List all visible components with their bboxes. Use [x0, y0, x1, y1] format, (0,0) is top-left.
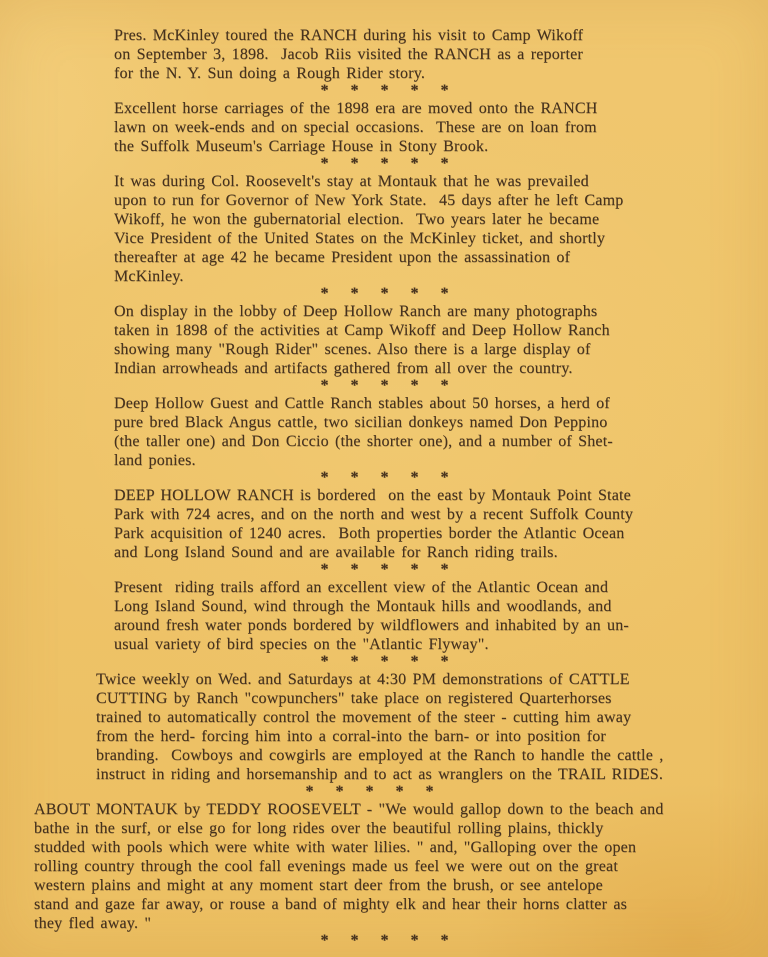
text-line: upon to run for Governor of New York Sta…: [114, 191, 768, 210]
text-line: showing many "Rough Rider" scenes. Also …: [114, 340, 768, 359]
text-line: Vice President of the United States on t…: [114, 229, 768, 248]
paragraph: Excellent horse carriages of the 1898 er…: [0, 99, 768, 156]
text-line: studded with pools which were white with…: [34, 838, 768, 857]
text-line: Twice weekly on Wed. and Saturdays at 4:…: [96, 670, 768, 689]
asterisk-separator: * * * * *: [60, 84, 710, 98]
text-line: from the herd- forcing him into a corral…: [96, 727, 768, 746]
text-line: stand and gaze far away, or rouse a band…: [34, 895, 768, 914]
paragraph: ABOUT MONTAUK by TEDDY ROOSEVELT - "We w…: [0, 800, 768, 933]
text-line: ABOUT MONTAUK by TEDDY ROOSEVELT - "We w…: [34, 800, 768, 819]
text-line: the Suffolk Museum's Carriage House in S…: [114, 137, 768, 156]
text-line: Excellent horse carriages of the 1898 er…: [114, 99, 768, 118]
text-line: instruct in riding and horsemanship and …: [96, 765, 768, 784]
text-line: branding. Cowboys and cowgirls are emplo…: [96, 746, 768, 765]
asterisk-separator: * * * * *: [60, 157, 710, 171]
text-line: Deep Hollow Guest and Cattle Ranch stabl…: [114, 394, 768, 413]
asterisk-separator: * * * * *: [60, 471, 710, 485]
text-line: McKinley.: [114, 267, 768, 286]
text-line: Wikoff, he won the gubernatorial electio…: [114, 210, 768, 229]
asterisk-separator: * * * * *: [60, 934, 710, 948]
text-line: Present riding trails afford an excellen…: [114, 578, 768, 597]
text-line: It was during Col. Roosevelt's stay at M…: [114, 172, 768, 191]
scanned-document: { "colors": { "paper": "#eec368", "ink":…: [0, 0, 768, 957]
text-line: around fresh water ponds bordered by wil…: [114, 616, 768, 635]
asterisk-separator: * * * * *: [45, 785, 695, 799]
text-line: taken in 1898 of the activities at Camp …: [114, 321, 768, 340]
paragraph: It was during Col. Roosevelt's stay at M…: [0, 172, 768, 286]
paragraph: Present riding trails afford an excellen…: [0, 578, 768, 654]
text-line: on September 3, 1898. Jacob Riis visited…: [114, 45, 768, 64]
text-line: usual variety of bird species on the "At…: [114, 635, 768, 654]
text-line: thereafter at age 42 he became President…: [114, 248, 768, 267]
text-line: On display in the lobby of Deep Hollow R…: [114, 302, 768, 321]
paragraph: DEEP HOLLOW RANCH is bordered on the eas…: [0, 486, 768, 562]
text-line: DEEP HOLLOW RANCH is bordered on the eas…: [114, 486, 768, 505]
text-line: (the taller one) and Don Ciccio (the sho…: [114, 432, 768, 451]
text-line: for the N. Y. Sun doing a Rough Rider st…: [114, 64, 768, 83]
text-line: trained to automatically control the mov…: [96, 708, 768, 727]
paragraph: Pres. McKinley toured the RANCH during h…: [0, 26, 768, 83]
text-line: rolling country through the cool fall ev…: [34, 857, 768, 876]
text-line: western plains and might at any moment s…: [34, 876, 768, 895]
text-line: Indian arrowheads and artifacts gathered…: [114, 359, 768, 378]
text-line: lawn on week-ends and on special occasio…: [114, 118, 768, 137]
page-body: Pres. McKinley toured the RANCH during h…: [0, 0, 768, 948]
asterisk-separator: * * * * *: [60, 379, 710, 393]
text-line: land ponies.: [114, 451, 768, 470]
text-line: CUTTING by Ranch "cowpunchers" take plac…: [96, 689, 768, 708]
asterisk-separator: * * * * *: [60, 287, 710, 301]
asterisk-separator: * * * * *: [60, 655, 710, 669]
paragraph: Deep Hollow Guest and Cattle Ranch stabl…: [0, 394, 768, 470]
text-line: pure bred Black Angus cattle, two sicili…: [114, 413, 768, 432]
text-line: Park with 724 acres, and on the north an…: [114, 505, 768, 524]
asterisk-separator: * * * * *: [60, 563, 710, 577]
text-line: Long Island Sound, wind through the Mont…: [114, 597, 768, 616]
text-line: they fled away. ": [34, 914, 768, 933]
paragraph: Twice weekly on Wed. and Saturdays at 4:…: [0, 670, 768, 784]
paragraph: On display in the lobby of Deep Hollow R…: [0, 302, 768, 378]
text-line: and Long Island Sound and are available …: [114, 543, 768, 562]
text-line: Park acquisition of 1240 acres. Both pro…: [114, 524, 768, 543]
text-line: bathe in the surf, or else go for long r…: [34, 819, 768, 838]
text-line: Pres. McKinley toured the RANCH during h…: [114, 26, 768, 45]
